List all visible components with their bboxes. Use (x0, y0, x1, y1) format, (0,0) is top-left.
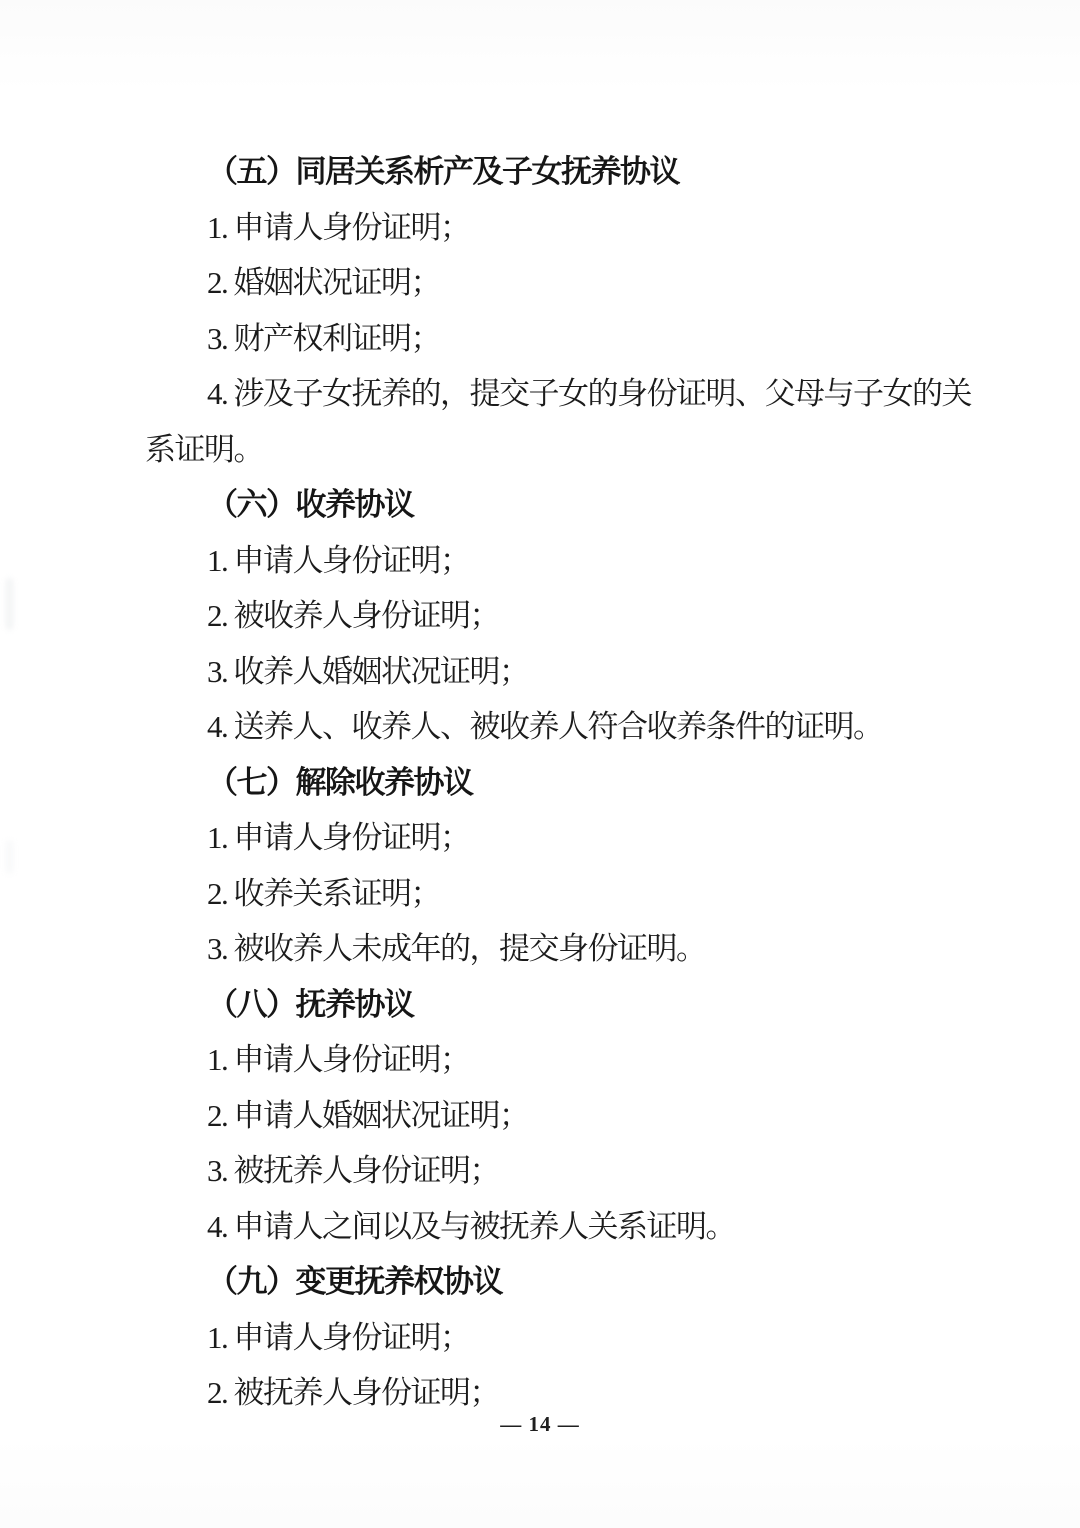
list-item: 4. 申请人之间以及与被抚养人关系证明。 (145, 1199, 975, 1255)
scan-artifact (6, 578, 13, 630)
section-heading: （七）解除收养协议 (145, 755, 975, 811)
page-number: — 14 — (500, 1412, 580, 1436)
list-item: 2. 婚姻状况证明； (145, 255, 975, 311)
list-item: 1. 申请人身份证明； (145, 810, 975, 866)
document-body: （五）同居关系析产及子女抚养协议1. 申请人身份证明；2. 婚姻状况证明；3. … (145, 144, 975, 1421)
scan-artifact (6, 840, 13, 874)
list-item: 3. 被收养人未成年的，提交身份证明。 (145, 921, 975, 977)
list-item: 1. 申请人身份证明； (145, 200, 975, 256)
list-item: 4. 涉及子女抚养的，提交子女的身份证明、父母与子女的关系证明。 (145, 366, 975, 477)
list-item: 1. 申请人身份证明； (145, 1032, 975, 1088)
page-footer: — 14 — (0, 1412, 1080, 1437)
list-item: 3. 收养人婚姻状况证明； (145, 644, 975, 700)
list-item: 3. 财产权利证明； (145, 311, 975, 367)
document-page: （五）同居关系析产及子女抚养协议1. 申请人身份证明；2. 婚姻状况证明；3. … (0, 0, 1080, 1528)
list-item: 2. 申请人婚姻状况证明； (145, 1088, 975, 1144)
section-heading: （九）变更抚养权协议 (145, 1254, 975, 1310)
list-item: 2. 被收养人身份证明； (145, 588, 975, 644)
list-item: 2. 收养关系证明； (145, 866, 975, 922)
list-item: 3. 被抚养人身份证明； (145, 1143, 975, 1199)
list-item: 4. 送养人、收养人、被收养人符合收养条件的证明。 (145, 699, 975, 755)
section-heading: （六）收养协议 (145, 477, 975, 533)
list-item: 1. 申请人身份证明； (145, 1310, 975, 1366)
section-heading: （五）同居关系析产及子女抚养协议 (145, 144, 975, 200)
list-item: 1. 申请人身份证明； (145, 533, 975, 589)
section-heading: （八）抚养协议 (145, 977, 975, 1033)
